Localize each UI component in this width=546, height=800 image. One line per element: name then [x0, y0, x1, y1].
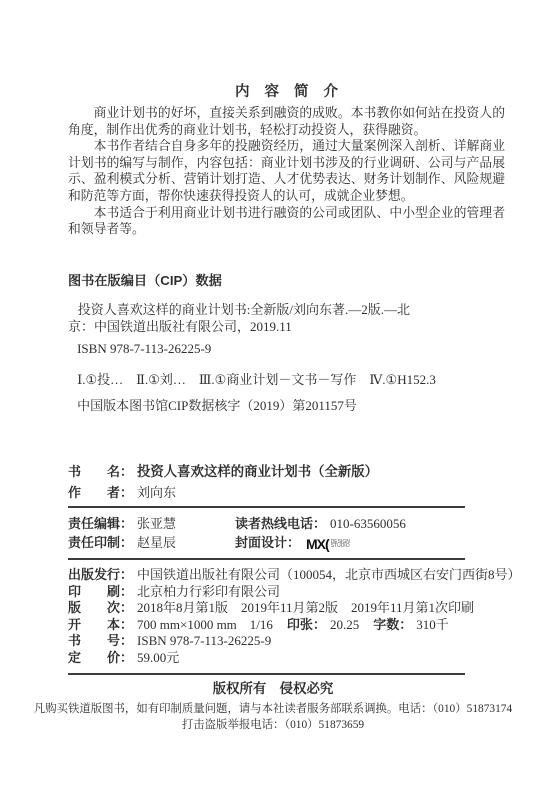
printer-label: 印 刷： [68, 584, 133, 599]
book-meta-section: 书 名：投资人喜欢这样的商业计划书（全新版） 作 者：刘向东 [68, 461, 505, 503]
print-supervisor-label: 责任印制： [68, 535, 133, 550]
editor-value: 张亚慧 [137, 516, 176, 531]
editor-label: 责任编辑： [68, 516, 133, 531]
word-count-label: 字数： [373, 617, 412, 632]
mxc-design-studio-logo: MX(DESIGNSTUDIO [306, 535, 350, 555]
book-title-value: 投资人喜欢这样的商业计划书（全新版） [137, 464, 378, 479]
publication-details-section: 出版发行：中国铁道出版社有限公司（100054，北京市西城区右安门西街8号） 印… [68, 567, 526, 667]
cip-catalog-entry: 投资人喜欢这样的商业计划书:全新版/刘向东著.—2版.—北京：中国铁道出版社有限… [68, 301, 428, 335]
word-count-value: 310千 [416, 617, 449, 632]
book-copyright-page: 内容简介 商业计划书的好坏，直接关系到融资的成败。本书教你如何站在投资人的角度，… [0, 0, 546, 800]
divider-top [68, 506, 465, 508]
hotline-cell: 读者热线电话：010-63560056 [235, 514, 406, 534]
staff-row-print: 责任印制：赵星辰 封面设计：MX(DESIGNSTUDIO [68, 533, 526, 554]
price-value: 59.00元 [137, 650, 179, 665]
book-author-value: 刘向东 [137, 485, 176, 500]
book-author-label: 作 者： [68, 485, 133, 500]
quality-service-note: 凡购买铁道版图书，如有印制质量问题，请与本社读者服务部联系调换。电话：（010）… [24, 701, 522, 717]
summary-paragraph-3: 本书适合于利用商业计划书进行融资的公司或团队、中小型企业的管理者和领导者等。 [68, 205, 505, 238]
mxc-logo-subtext-bottom: STUDIO [331, 544, 350, 549]
publisher-row: 出版发行：中国铁道出版社有限公司（100054，北京市西城区右安门西街8号） [68, 567, 526, 584]
price-label: 定 价： [68, 650, 133, 665]
cip-heading: 图书在版编目（CIP）数据 [68, 272, 505, 289]
publisher-label: 出版发行： [68, 567, 133, 582]
cip-record-number: 中国版本图书馆CIP数据核字（2019）第201157号 [68, 397, 505, 414]
staff-section: 责任编辑：张亚慧 读者热线电话：010-63560056 责任印制：赵星辰 封面… [68, 514, 526, 554]
mxc-logo-subtext: DESIGNSTUDIO [331, 540, 350, 549]
content-summary-title: 内容简介 [68, 84, 505, 100]
format-value: 700 mm×1000 mm 1/16 [137, 617, 273, 632]
cip-isbn: ISBN 978-7-113-26225-9 [68, 340, 505, 357]
cip-classification: Ⅰ.①投… Ⅱ.①刘… Ⅲ.①商业计划－文书－写作 Ⅳ.①H152.3 [68, 371, 505, 388]
book-number-label: 书 号： [68, 633, 133, 648]
copyright-section: 版权所有 侵权必究 凡购买铁道版图书，如有印制质量问题，请与本社读者服务部联系调… [24, 681, 522, 733]
copyright-notice: 版权所有 侵权必究 [24, 681, 522, 697]
piracy-report-note: 打击盗版举报电话：（010）51873659 [24, 717, 522, 733]
printer-value: 北京柏力行彩印有限公司 [137, 584, 280, 599]
summary-paragraph-1: 商业计划书的好坏，直接关系到融资的成败。本书教你如何站在投资人的角度，制作出优秀… [68, 105, 505, 138]
edition-value: 2018年8月第1版 2019年11月第2版 2019年11月第1次印刷 [137, 600, 474, 615]
hotline-value: 010-63560056 [330, 516, 406, 531]
price-row: 定 价：59.00元 [68, 650, 526, 667]
edition-label: 版 次： [68, 600, 133, 615]
summary-paragraph-2: 本书作者结合自身多年的投融资经历，通过大量案例深入剖析、详解商业计划书的编写与制… [68, 138, 505, 204]
divider-bottom [68, 673, 465, 675]
cover-design-cell: 封面设计：MX(DESIGNSTUDIO [235, 533, 350, 554]
divider-middle [68, 558, 465, 560]
book-author-row: 作 者：刘向东 [68, 482, 505, 503]
print-supervisor-value: 赵星辰 [137, 535, 176, 550]
publisher-value: 中国铁道出版社有限公司（100054，北京市西城区右安门西街8号） [137, 567, 521, 582]
book-title-row: 书 名：投资人喜欢这样的商业计划书（全新版） [68, 461, 505, 482]
book-number-value: ISBN 978-7-113-26225-9 [137, 633, 271, 648]
format-row: 开 本：700 mm×1000 mm 1/16印张：20.25字数：310千 [68, 617, 526, 634]
cover-design-label: 封面设计： [235, 535, 300, 550]
content-summary-section: 内容简介 商业计划书的好坏，直接关系到融资的成败。本书教你如何站在投资人的角度，… [68, 84, 505, 238]
edition-row: 版 次：2018年8月第1版 2019年11月第2版 2019年11月第1次印刷 [68, 600, 526, 617]
cip-data-section: 图书在版编目（CIP）数据 投资人喜欢这样的商业计划书:全新版/刘向东著.—2版… [68, 272, 505, 414]
staff-row-editor: 责任编辑：张亚慧 读者热线电话：010-63560056 [68, 514, 526, 534]
hotline-label: 读者热线电话： [235, 516, 326, 531]
sheets-label: 印张： [287, 617, 326, 632]
mxc-logo-mark: MX( [306, 535, 329, 555]
printer-row: 印 刷：北京柏力行彩印有限公司 [68, 584, 526, 601]
sheets-value: 20.25 [330, 617, 359, 632]
editor-cell: 责任编辑：张亚慧 [68, 514, 235, 534]
format-label: 开 本： [68, 617, 133, 632]
print-supervisor-cell: 责任印制：赵星辰 [68, 533, 235, 554]
book-number-row: 书 号：ISBN 978-7-113-26225-9 [68, 633, 526, 650]
book-title-label: 书 名： [68, 464, 133, 479]
